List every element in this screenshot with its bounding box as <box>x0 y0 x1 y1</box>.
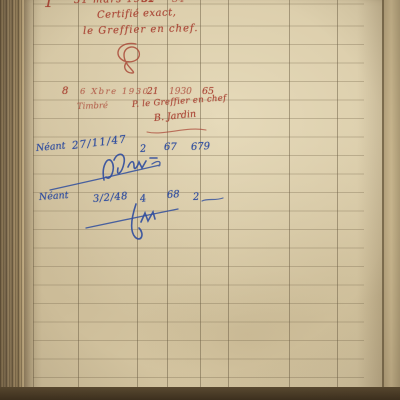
signature-underline-flourish <box>146 124 208 134</box>
entry-number: 1 <box>44 0 54 11</box>
greffier-signature-flourish <box>106 41 156 75</box>
handwriting-layer: 1 31 mars 1931 32 34 Certifié exact, le … <box>0 0 400 400</box>
signature-flourish-blue <box>48 150 166 194</box>
entry-value: 2 <box>193 192 200 203</box>
book-bottom-edge <box>0 387 400 400</box>
entry-value-fragment: 32 <box>142 0 155 5</box>
signature-name: B. Jardin <box>153 109 196 124</box>
entry-value-fragment: 34 <box>172 0 185 5</box>
entry-neant: Néant <box>39 190 69 203</box>
certification-text: Certifié exact, <box>97 7 177 21</box>
certification-title: le Greffier en chef. <box>83 23 199 37</box>
photo-canvas: 1 31 mars 1931 32 34 Certifié exact, le … <box>0 0 400 400</box>
signature-flourish-blue <box>84 198 184 244</box>
entry-value: 679 <box>191 141 211 153</box>
entry-note: Timbré <box>77 101 108 112</box>
entry-date: 6 Xbre 1930 <box>80 87 150 97</box>
entry-number: 8 <box>62 86 68 97</box>
entry-value: 21 <box>147 87 158 97</box>
pen-tail-stroke <box>201 195 225 203</box>
